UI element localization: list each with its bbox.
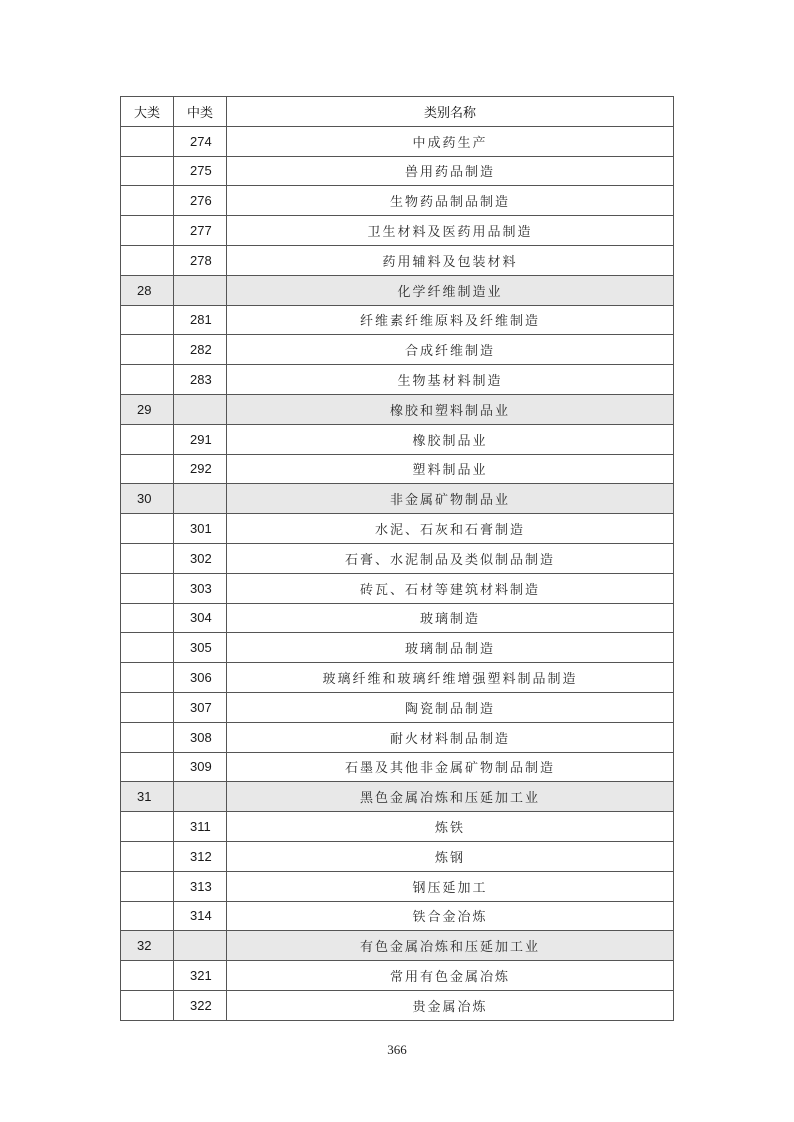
table-row: 313钢压延加工 xyxy=(121,871,674,901)
minor-class-code: 304 xyxy=(174,603,227,633)
category-name: 耐火材料制品制造 xyxy=(227,722,674,752)
major-class-row: 29橡胶和塑料制品业 xyxy=(121,394,674,424)
category-name: 常用有色金属冶炼 xyxy=(227,961,674,991)
category-name: 非金属矿物制品业 xyxy=(227,484,674,514)
table-row: 276生物药品制品制造 xyxy=(121,186,674,216)
major-class-code xyxy=(121,543,174,573)
minor-class-code xyxy=(174,484,227,514)
table-row: 305玻璃制品制造 xyxy=(121,633,674,663)
minor-class-code: 291 xyxy=(174,424,227,454)
minor-class-code: 303 xyxy=(174,573,227,603)
table-row: 303砖瓦、石材等建筑材料制造 xyxy=(121,573,674,603)
minor-class-code: 308 xyxy=(174,722,227,752)
minor-class-code: 274 xyxy=(174,126,227,156)
major-class-code xyxy=(121,603,174,633)
major-class-code xyxy=(121,871,174,901)
category-name: 合成纤维制造 xyxy=(227,335,674,365)
major-class-code xyxy=(121,454,174,484)
major-class-code xyxy=(121,335,174,365)
category-name: 铁合金冶炼 xyxy=(227,901,674,931)
category-name: 黑色金属冶炼和压延加工业 xyxy=(227,782,674,812)
category-name: 中成药生产 xyxy=(227,126,674,156)
table-header-row: 大类 中类 类别名称 xyxy=(121,97,674,127)
major-class-code xyxy=(121,305,174,335)
major-class-code xyxy=(121,514,174,544)
table-row: 301水泥、石灰和石膏制造 xyxy=(121,514,674,544)
major-class-code xyxy=(121,365,174,395)
category-name: 生物基材料制造 xyxy=(227,365,674,395)
category-name: 纤维素纤维原料及纤维制造 xyxy=(227,305,674,335)
category-name: 陶瓷制品制造 xyxy=(227,692,674,722)
category-name: 卫生材料及医药用品制造 xyxy=(227,216,674,246)
header-minor-class: 中类 xyxy=(174,97,227,127)
major-class-row: 30非金属矿物制品业 xyxy=(121,484,674,514)
table-row: 321常用有色金属冶炼 xyxy=(121,961,674,991)
minor-class-code: 301 xyxy=(174,514,227,544)
major-class-code xyxy=(121,156,174,186)
header-major-class: 大类 xyxy=(121,97,174,127)
category-name: 生物药品制品制造 xyxy=(227,186,674,216)
major-class-row: 32有色金属冶炼和压延加工业 xyxy=(121,931,674,961)
category-name: 药用辅料及包装材料 xyxy=(227,245,674,275)
table-row: 309石墨及其他非金属矿物制品制造 xyxy=(121,752,674,782)
table-row: 302石膏、水泥制品及类似制品制造 xyxy=(121,543,674,573)
minor-class-code xyxy=(174,394,227,424)
minor-class-code: 281 xyxy=(174,305,227,335)
minor-class-code xyxy=(174,931,227,961)
category-name: 炼钢 xyxy=(227,841,674,871)
table-row: 314铁合金冶炼 xyxy=(121,901,674,931)
major-class-code xyxy=(121,126,174,156)
header-category-name: 类别名称 xyxy=(227,97,674,127)
minor-class-code: 311 xyxy=(174,812,227,842)
category-name: 贵金属冶炼 xyxy=(227,990,674,1020)
table-row: 275兽用药品制造 xyxy=(121,156,674,186)
minor-class-code: 314 xyxy=(174,901,227,931)
category-name: 水泥、石灰和石膏制造 xyxy=(227,514,674,544)
major-class-code xyxy=(121,812,174,842)
major-class-code xyxy=(121,573,174,603)
major-class-code: 30 xyxy=(121,484,174,514)
category-name: 石膏、水泥制品及类似制品制造 xyxy=(227,543,674,573)
minor-class-code: 283 xyxy=(174,365,227,395)
table-row: 311炼铁 xyxy=(121,812,674,842)
minor-class-code: 312 xyxy=(174,841,227,871)
table-row: 292塑料制品业 xyxy=(121,454,674,484)
minor-class-code: 282 xyxy=(174,335,227,365)
minor-class-code: 278 xyxy=(174,245,227,275)
category-name: 橡胶和塑料制品业 xyxy=(227,394,674,424)
category-name: 炼铁 xyxy=(227,812,674,842)
table-row: 304玻璃制造 xyxy=(121,603,674,633)
category-name: 橡胶制品业 xyxy=(227,424,674,454)
category-name: 塑料制品业 xyxy=(227,454,674,484)
major-class-code: 28 xyxy=(121,275,174,305)
table-body: 274中成药生产275兽用药品制造276生物药品制品制造277卫生材料及医药用品… xyxy=(121,126,674,1020)
table-row: 308耐火材料制品制造 xyxy=(121,722,674,752)
table-row: 282合成纤维制造 xyxy=(121,335,674,365)
category-name: 玻璃制品制造 xyxy=(227,633,674,663)
minor-class-code: 313 xyxy=(174,871,227,901)
page-number: 366 xyxy=(0,1042,794,1058)
table-row: 307陶瓷制品制造 xyxy=(121,692,674,722)
minor-class-code: 276 xyxy=(174,186,227,216)
minor-class-code: 307 xyxy=(174,692,227,722)
major-class-code xyxy=(121,424,174,454)
major-class-code xyxy=(121,961,174,991)
category-name: 有色金属冶炼和压延加工业 xyxy=(227,931,674,961)
major-class-code xyxy=(121,216,174,246)
major-class-code xyxy=(121,692,174,722)
minor-class-code: 302 xyxy=(174,543,227,573)
major-class-code xyxy=(121,901,174,931)
table-row: 274中成药生产 xyxy=(121,126,674,156)
minor-class-code xyxy=(174,275,227,305)
table-row: 312炼钢 xyxy=(121,841,674,871)
major-class-code xyxy=(121,186,174,216)
table-row: 291橡胶制品业 xyxy=(121,424,674,454)
minor-class-code: 322 xyxy=(174,990,227,1020)
category-name: 砖瓦、石材等建筑材料制造 xyxy=(227,573,674,603)
table-row: 278药用辅料及包装材料 xyxy=(121,245,674,275)
minor-class-code: 292 xyxy=(174,454,227,484)
minor-class-code: 321 xyxy=(174,961,227,991)
major-class-code: 29 xyxy=(121,394,174,424)
table-row: 281纤维素纤维原料及纤维制造 xyxy=(121,305,674,335)
category-name: 化学纤维制造业 xyxy=(227,275,674,305)
major-class-code xyxy=(121,752,174,782)
minor-class-code: 309 xyxy=(174,752,227,782)
category-name: 钢压延加工 xyxy=(227,871,674,901)
table-row: 277卫生材料及医药用品制造 xyxy=(121,216,674,246)
major-class-code: 32 xyxy=(121,931,174,961)
table-row: 283生物基材料制造 xyxy=(121,365,674,395)
major-class-code xyxy=(121,633,174,663)
table-row: 322贵金属冶炼 xyxy=(121,990,674,1020)
minor-class-code: 277 xyxy=(174,216,227,246)
minor-class-code xyxy=(174,782,227,812)
major-class-code xyxy=(121,245,174,275)
minor-class-code: 275 xyxy=(174,156,227,186)
industry-classification-table: 大类 中类 类别名称 274中成药生产275兽用药品制造276生物药品制品制造2… xyxy=(120,96,674,1021)
category-name: 兽用药品制造 xyxy=(227,156,674,186)
table-row: 306玻璃纤维和玻璃纤维增强塑料制品制造 xyxy=(121,663,674,693)
major-class-code xyxy=(121,841,174,871)
category-name: 石墨及其他非金属矿物制品制造 xyxy=(227,752,674,782)
minor-class-code: 306 xyxy=(174,663,227,693)
minor-class-code: 305 xyxy=(174,633,227,663)
major-class-row: 31黑色金属冶炼和压延加工业 xyxy=(121,782,674,812)
category-name: 玻璃纤维和玻璃纤维增强塑料制品制造 xyxy=(227,663,674,693)
major-class-row: 28化学纤维制造业 xyxy=(121,275,674,305)
major-class-code xyxy=(121,990,174,1020)
major-class-code xyxy=(121,722,174,752)
major-class-code xyxy=(121,663,174,693)
major-class-code: 31 xyxy=(121,782,174,812)
category-name: 玻璃制造 xyxy=(227,603,674,633)
